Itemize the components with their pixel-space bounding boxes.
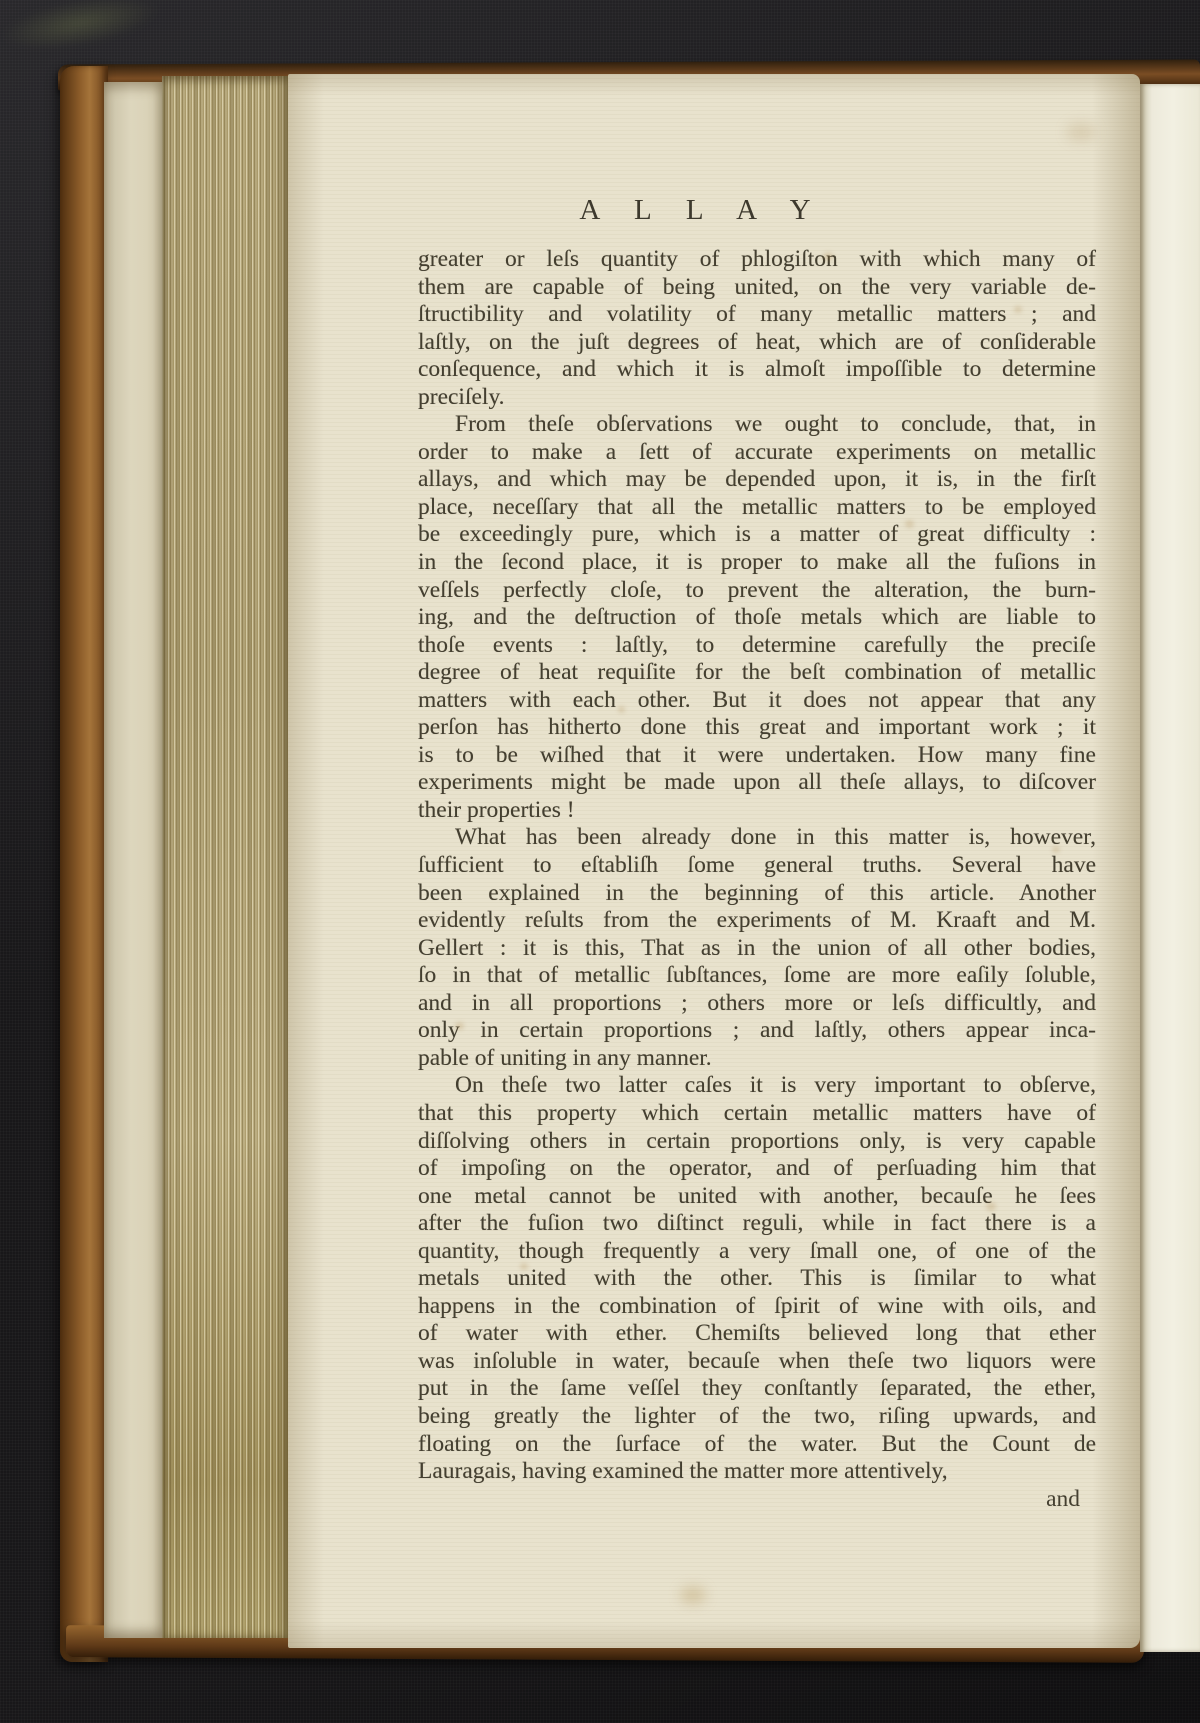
text-line: What has been already done in this matte… bbox=[418, 824, 1096, 852]
text-line: of impoſing on the operator, and of perſ… bbox=[418, 1155, 1096, 1183]
body-text: greater or leſs quantity of phlogiſton w… bbox=[418, 246, 1096, 1486]
text-line: Lauragais, having examined the matter mo… bbox=[418, 1458, 1096, 1486]
text-line: their properties ! bbox=[418, 797, 1096, 825]
text-line: allays, and which may be depended upon, … bbox=[418, 466, 1096, 494]
text-line: Gellert : it is this, That as in the uni… bbox=[418, 935, 1096, 963]
endpaper-sliver bbox=[104, 82, 164, 1638]
text-line: conſequence, and which it is almoſt impo… bbox=[418, 356, 1096, 384]
paper-stain bbox=[680, 1586, 706, 1604]
text-line: evidently reſults from the experiments o… bbox=[418, 907, 1096, 935]
catchword: and bbox=[418, 1486, 1080, 1514]
text-line: thoſe events : laſtly, to determine care… bbox=[418, 632, 1096, 660]
text-line: is to be wiſhed that it were undertaken.… bbox=[418, 742, 1096, 770]
text-line: and in all proportions ; others more or … bbox=[418, 990, 1096, 1018]
running-title: A L L A Y bbox=[540, 193, 850, 227]
foxing-spot bbox=[455, 1022, 464, 1030]
text-line: after the fuſion two diſtinct reguli, wh… bbox=[418, 1210, 1096, 1238]
text-line: put in the ſame veſſel they conſtantly ſ… bbox=[418, 1375, 1096, 1403]
text-line: diſſolving others in certain proportions… bbox=[418, 1128, 1096, 1156]
ink-show-through bbox=[0, 0, 163, 60]
text-line: of water with ether. Chemiſts believed l… bbox=[418, 1320, 1096, 1348]
foxing-spot bbox=[1052, 846, 1060, 853]
text-line: metals united with the other. This is ſi… bbox=[418, 1265, 1096, 1293]
text-line: perſon has hitherto done this great and … bbox=[418, 714, 1096, 742]
text-line: ſtructibility and volatility of many met… bbox=[418, 301, 1096, 329]
text-line: was inſoluble in water, becauſe when the… bbox=[418, 1348, 1096, 1376]
text-line: happens in the combination of ſpirit of … bbox=[418, 1293, 1096, 1321]
text-line: greater or leſs quantity of phlogiſton w… bbox=[418, 246, 1096, 274]
text-line: From theſe obſervations we ought to conc… bbox=[418, 411, 1096, 439]
text-line: that this property which certain metalli… bbox=[418, 1100, 1096, 1128]
text-line: place, neceſſary that all the metallic m… bbox=[418, 494, 1096, 522]
page-fore-edge-stack bbox=[162, 76, 290, 1638]
text-line: order to make a ſett of accurate experim… bbox=[418, 439, 1096, 467]
text-line: be exceedingly pure, which is a matter o… bbox=[418, 521, 1096, 549]
text-line: them are capable of being united, on the… bbox=[418, 274, 1096, 302]
text-line: preciſely. bbox=[418, 384, 1096, 412]
book-cover-spine bbox=[60, 66, 108, 1662]
text-line: ſufficient to eſtabliſh ſome general tru… bbox=[418, 852, 1096, 880]
text-line: ſo in that of metallic ſubſtances, ſome … bbox=[418, 962, 1096, 990]
paper-stain bbox=[1066, 122, 1096, 142]
text-line: pable of uniting in any manner. bbox=[418, 1045, 1096, 1073]
text-line: in the ſecond place, it is proper to mak… bbox=[418, 549, 1096, 577]
text-line: laſtly, on the juſt degrees of heat, whi… bbox=[418, 329, 1096, 357]
text-line: been explained in the beginning of this … bbox=[418, 880, 1096, 908]
foxing-spot bbox=[618, 706, 625, 713]
text-line: being greatly the lighter of the two, ri… bbox=[418, 1403, 1096, 1431]
foxing-spot bbox=[520, 1263, 528, 1270]
text-line: veſſels perfectly cloſe, to prevent the … bbox=[418, 577, 1096, 605]
foxing-spot bbox=[1014, 306, 1022, 313]
text-line: experiments might be made upon all theſe… bbox=[418, 769, 1096, 797]
text-line: matters with each other. But it does not… bbox=[418, 687, 1096, 715]
text-line: ing, and the deſtruction of thoſe metals… bbox=[418, 604, 1096, 632]
foxing-spot bbox=[823, 252, 833, 261]
text-line: floating on the ſurface of the water. Bu… bbox=[418, 1431, 1096, 1459]
foxing-spot bbox=[986, 1202, 996, 1211]
facing-page-edge bbox=[1140, 84, 1200, 1652]
foxing-spot bbox=[905, 520, 914, 528]
text-line: degree of heat requiſite for the beſt co… bbox=[418, 659, 1096, 687]
text-line: On theſe two latter caſes it is very imp… bbox=[418, 1072, 1096, 1100]
photographed-book-page: { "page": { "running_title": "A L L A Y"… bbox=[0, 0, 1200, 1723]
text-line: quantity, though frequently a very ſmall… bbox=[418, 1238, 1096, 1266]
text-line: only in certain proportions ; and laſtly… bbox=[418, 1017, 1096, 1045]
